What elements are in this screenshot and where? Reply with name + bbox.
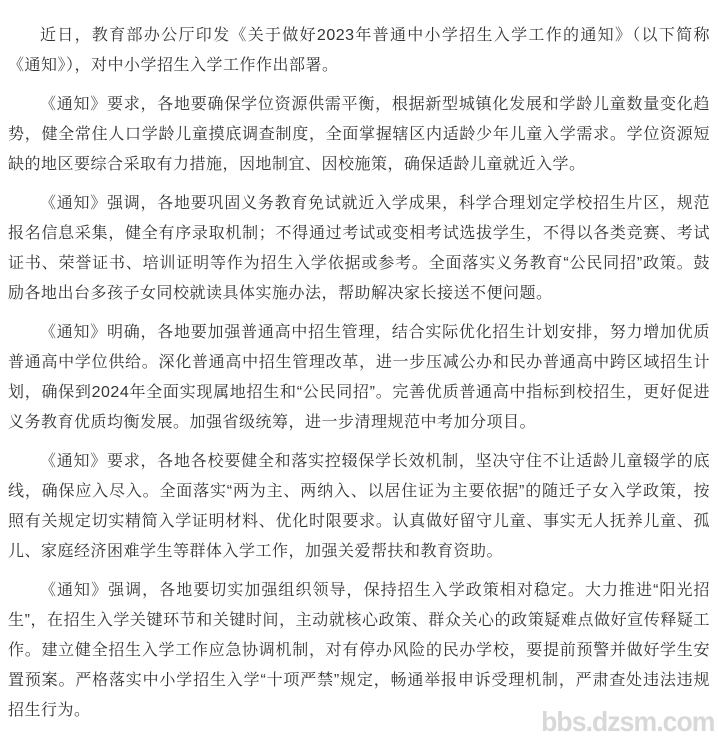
article-page: 近日，教育部办公厅印发《关于做好2023年普通中小学招生入学工作的通知》（以下简… xyxy=(0,0,718,742)
paragraph-supply-demand: 《通知》要求，各地要确保学位资源供需平衡，根据新型城镇化发展和学龄儿童数量变化趋… xyxy=(8,90,710,180)
paragraph-high-school-management: 《通知》明确，各地要加强普通高中招生管理，结合实际优化招生计划安排，努力增加优质… xyxy=(8,318,710,438)
paragraph-organization-leadership: 《通知》强调，各地要切实加强组织领导，保持招生入学政策相对稳定。大力推进“阳光招… xyxy=(8,576,710,726)
paragraph-exam-free-enrollment: 《通知》强调，各地要巩固义务教育免试就近入学成果，科学合理划定学校招生片区，规范… xyxy=(8,189,710,309)
paragraph-intro: 近日，教育部办公厅印发《关于做好2023年普通中小学招生入学工作的通知》（以下简… xyxy=(8,21,710,81)
paragraph-dropout-control: 《通知》要求，各地各校要健全和落实控辍保学长效机制，坚决守住不让适龄儿童辍学的底… xyxy=(8,447,710,567)
site-watermark: bbs.dzsm.com xyxy=(541,706,714,738)
